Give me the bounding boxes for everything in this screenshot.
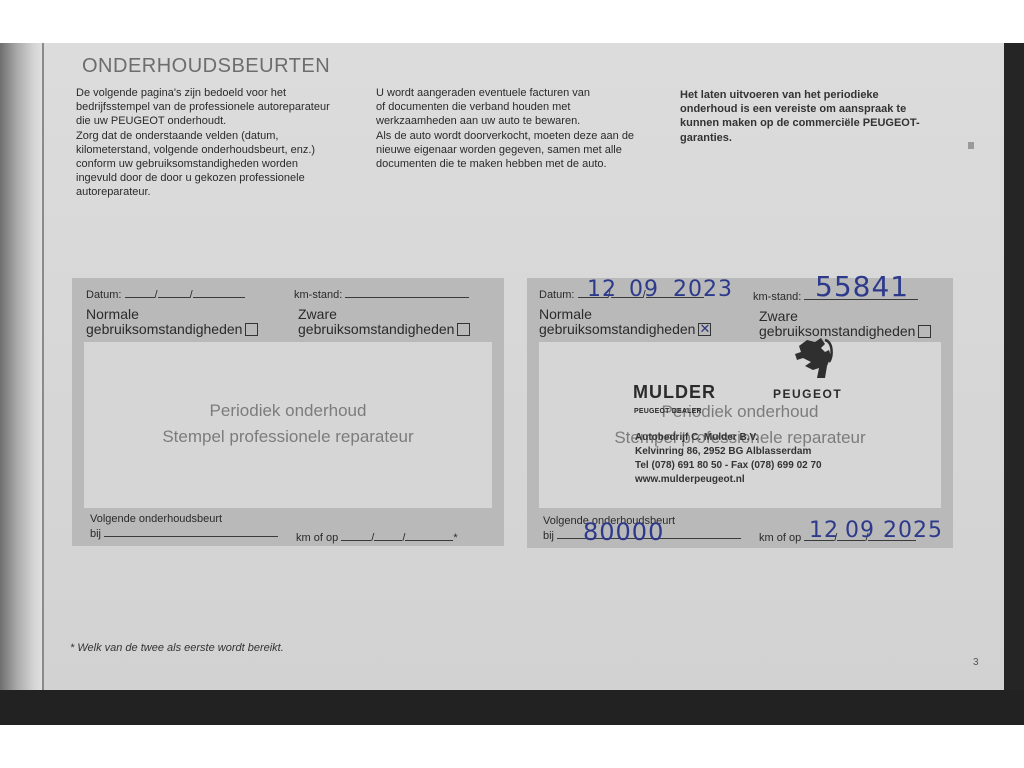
date-field[interactable]: Datum: //: [86, 288, 245, 301]
page-mark: [968, 142, 974, 149]
date-day-blank[interactable]: [125, 288, 155, 298]
handwritten-next-day: 12: [809, 518, 839, 543]
dealer-company: Autobedrijf C. Mulder B.V.: [635, 431, 758, 445]
peugeot-lion-icon: [791, 336, 835, 382]
stamp-area: Periodiek onderhoud Stempel professionel…: [539, 342, 941, 508]
intro-column-2: U wordt aangeraden eventuele facturen va…: [376, 86, 666, 171]
next-day-blank[interactable]: [341, 531, 371, 541]
normal-label: Normale: [86, 307, 258, 322]
dealer-phone: Tel (078) 691 80 50 - Fax (078) 699 02 7…: [635, 459, 822, 473]
next-date-field[interactable]: km of op //*: [296, 531, 458, 544]
previous-page-edge: [0, 43, 42, 693]
normal-label: Normale: [539, 307, 711, 322]
km-of-op-label: km of op: [759, 532, 801, 544]
conditions-label: gebruiksomstandigheden: [539, 321, 695, 337]
heavy-label: Zware: [759, 309, 931, 324]
page-title: ONDERHOUDSBEURTEN: [82, 55, 330, 78]
dealer-address: Kelvinring 86, 2952 BG Alblasserdam: [635, 445, 811, 459]
next-year-blank[interactable]: [405, 531, 453, 541]
heavy-conditions-option[interactable]: Zware gebruiksomstandigheden: [298, 307, 470, 337]
date-label: Datum:: [86, 289, 121, 301]
stamp-placeholder: Periodiek onderhoud Stempel professionel…: [84, 398, 492, 450]
handwritten-next-month: 09: [845, 518, 875, 543]
heavy-checkbox[interactable]: [918, 325, 931, 338]
next-month-blank[interactable]: [374, 531, 402, 541]
km-stand-label: km-stand:: [753, 291, 801, 303]
heavy-conditions-option[interactable]: Zware gebruiksomstandigheden: [759, 309, 931, 339]
page-shadow: [0, 690, 1024, 725]
footnote: * Welk van de twee als eerste wordt bere…: [70, 642, 284, 654]
conditions-label: gebruiksomstandigheden: [86, 321, 242, 337]
placeholder-line-2: Stempel professionele reparateur: [84, 424, 492, 450]
brand-name: PEUGEOT: [773, 387, 842, 401]
km-stand-field[interactable]: km-stand:: [294, 288, 469, 301]
bij-label: bij: [543, 530, 554, 542]
date-month-blank[interactable]: [158, 288, 190, 298]
dealer-subtitle: PEUGEOT DEALER: [634, 408, 702, 415]
heavy-label: Zware: [298, 307, 470, 322]
next-service-label: Volgende onderhoudsbeurt: [90, 513, 222, 525]
conditions-label: gebruiksomstandigheden: [759, 323, 915, 339]
date-year-blank[interactable]: [193, 288, 245, 298]
km-stand-label: km-stand:: [294, 289, 342, 301]
stamp-area: Periodiek onderhoud Stempel professionel…: [84, 342, 492, 508]
dealer-website[interactable]: www.mulderpeugeot.nl: [635, 473, 745, 487]
next-km-blank[interactable]: [104, 527, 278, 537]
intro-text-3: Het laten uitvoeren van het periodieke o…: [680, 88, 950, 145]
service-entry-2: Datum: // 12 09 2023 km-stand: 55841 Nor…: [527, 278, 953, 548]
handwritten-next-year: 2025: [883, 518, 943, 543]
handwritten-next-km: 80000: [583, 518, 664, 546]
normal-checkbox[interactable]: [245, 323, 258, 336]
placeholder-line-1: Periodiek onderhoud: [539, 399, 941, 425]
asterisk: *: [453, 532, 457, 544]
service-entry-1: Datum: // km-stand: Normale gebruiksomst…: [72, 278, 504, 546]
placeholder-line-1: Periodiek onderhoud: [84, 398, 492, 424]
intro-column-3: Het laten uitvoeren van het periodieke o…: [680, 88, 950, 145]
intro-text-2: U wordt aangeraden eventuele facturen va…: [376, 86, 666, 171]
handwritten-date-day: 12: [587, 277, 617, 302]
next-km-field[interactable]: bij: [90, 527, 278, 540]
km-stand-blank[interactable]: [345, 288, 469, 298]
bij-label: bij: [90, 528, 101, 540]
intro-text-1: De volgende pagina's zijn bedoeld voor h…: [76, 86, 366, 200]
date-label: Datum:: [539, 289, 574, 301]
normal-conditions-option[interactable]: Normale gebruiksomstandigheden: [86, 307, 258, 337]
dealer-name: MULDER: [633, 382, 716, 403]
normal-checkbox-checked[interactable]: [698, 323, 711, 336]
handwritten-km-stand: 55841: [815, 270, 909, 303]
km-of-op-label: km of op: [296, 532, 338, 544]
page-number: 3: [973, 657, 979, 668]
handwritten-date-year: 2023: [673, 277, 733, 302]
heavy-checkbox[interactable]: [457, 323, 470, 336]
intro-column-1: De volgende pagina's zijn bedoeld voor h…: [76, 86, 366, 200]
normal-conditions-option[interactable]: Normale gebruiksomstandigheden: [539, 307, 711, 337]
conditions-label: gebruiksomstandigheden: [298, 321, 454, 337]
handwritten-date-month: 09: [629, 277, 659, 302]
